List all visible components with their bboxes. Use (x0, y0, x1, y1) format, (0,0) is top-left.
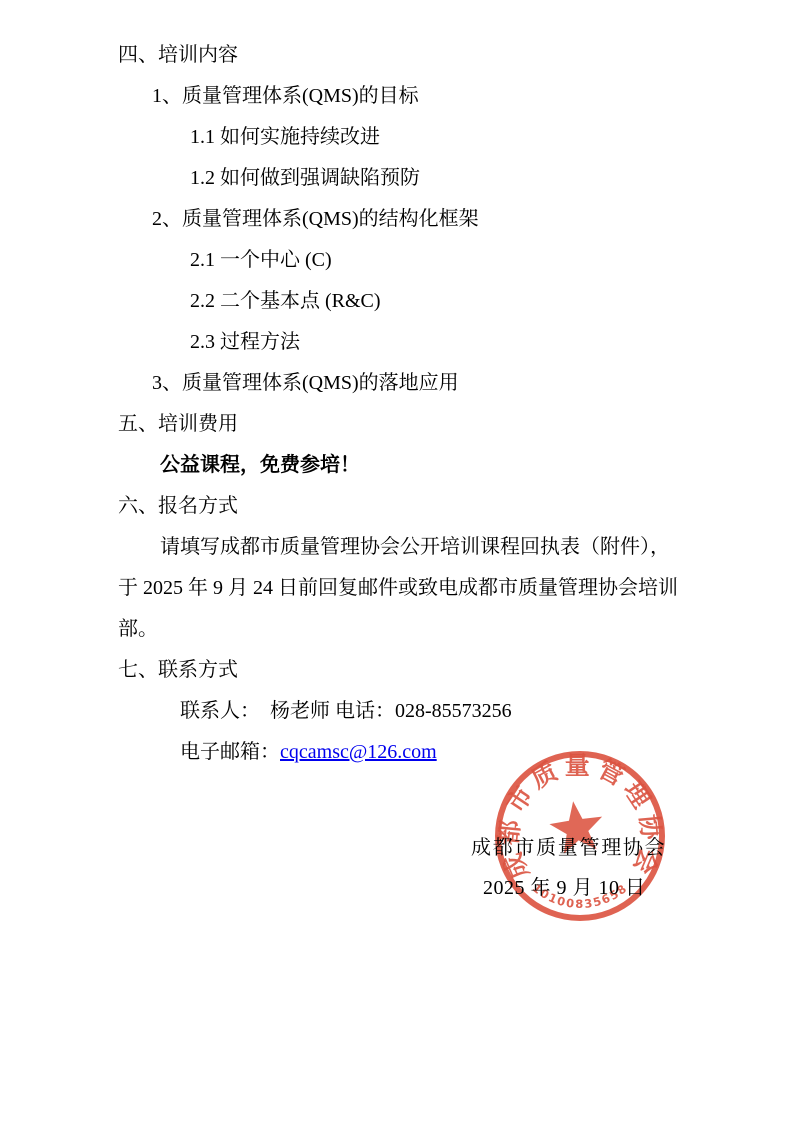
heading-training-content: 四、培训内容 (0, 35, 794, 76)
email-line: 电子邮箱：cqcamsc@126.com (0, 732, 794, 773)
document-body: 四、培训内容 1、质量管理体系(QMS)的目标 1.1 如何实施持续改进 1.2… (0, 0, 794, 773)
item-one-center: 2.1 一个中心 (C) (0, 240, 794, 281)
item-qms-framework: 2、质量管理体系(QMS)的结构化框架 (0, 199, 794, 240)
text-free-course: 公益课程，免费参培！ (0, 445, 794, 486)
email-link[interactable]: cqcamsc@126.com (280, 741, 437, 763)
contact-person-line: 联系人： 杨老师 电话：028-85573256 (0, 691, 794, 732)
item-qms-application: 3、质量管理体系(QMS)的落地应用 (0, 363, 794, 404)
heading-registration: 六、报名方式 (0, 486, 794, 527)
seal-star-icon (547, 798, 607, 856)
item-process-method: 2.3 过程方法 (0, 322, 794, 363)
heading-contact: 七、联系方式 (0, 650, 794, 691)
registration-text-line2: 于 2025 年 9 月 24 日前回复邮件或致电成都市质量管理协会培训 (0, 568, 794, 609)
official-seal-stamp: 成都市质量管理协会 5101008356585 (493, 749, 667, 923)
item-qms-goal: 1、质量管理体系(QMS)的目标 (0, 76, 794, 117)
item-continuous-improve: 1.1 如何实施持续改进 (0, 117, 794, 158)
item-defect-prevention: 1.2 如何做到强调缺陷预防 (0, 158, 794, 199)
heading-training-fee: 五、培训费用 (0, 404, 794, 445)
email-label: 电子邮箱： (180, 741, 280, 763)
item-two-basics: 2.2 二个基本点 (R&C) (0, 281, 794, 322)
registration-text-line3: 部。 (0, 609, 794, 650)
document-page: 四、培训内容 1、质量管理体系(QMS)的目标 1.1 如何实施持续改进 1.2… (0, 0, 794, 1123)
registration-text-line1: 请填写成都市质量管理协会公开培训课程回执表（附件）， (0, 527, 794, 568)
